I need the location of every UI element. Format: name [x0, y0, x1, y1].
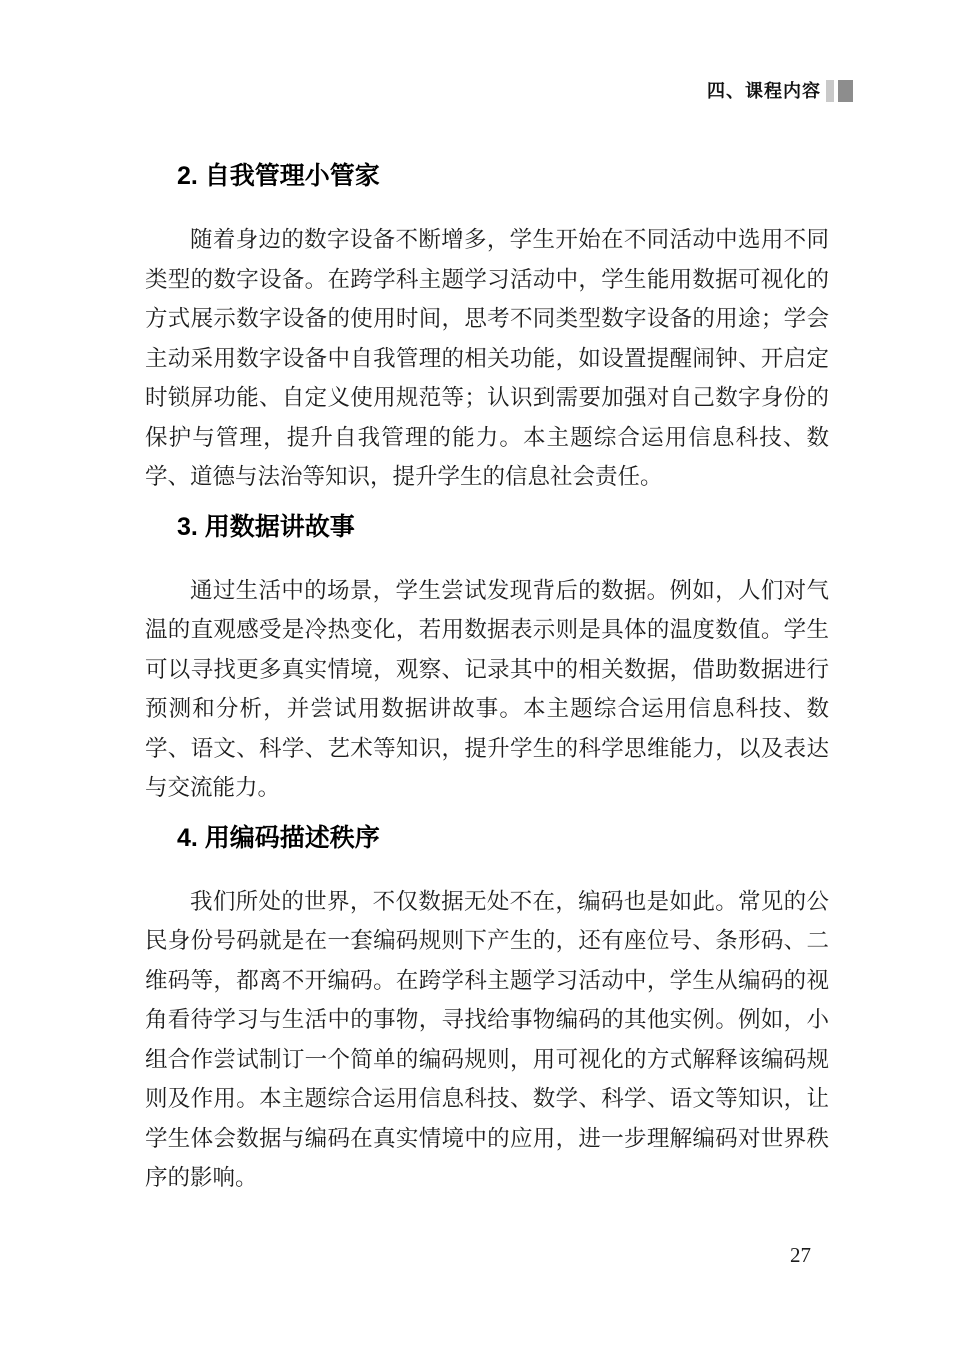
running-head: 四、课程内容 [707, 80, 853, 102]
section-paragraph: 通过生活中的场景，学生尝试发现背后的数据。例如，人们对气温的直观感受是冷热变化，… [145, 571, 829, 808]
page-content: 2. 自我管理小管家 随着身边的数字设备不断增多，学生开始在不同活动中选用不同类… [145, 158, 829, 1198]
ornament-bar-dark-icon [838, 80, 853, 102]
document-page: 四、课程内容 2. 自我管理小管家 随着身边的数字设备不断增多，学生开始在不同活… [0, 0, 966, 1365]
section-paragraph: 随着身边的数字设备不断增多，学生开始在不同活动中选用不同类型的数字设备。在跨学科… [145, 220, 829, 497]
section-heading: 3. 用数据讲故事 [177, 509, 829, 545]
section-data-storytelling: 3. 用数据讲故事 通过生活中的场景，学生尝试发现背后的数据。例如，人们对气温的… [145, 509, 829, 808]
section-heading: 2. 自我管理小管家 [177, 158, 829, 194]
running-head-title: 四、课程内容 [707, 80, 821, 102]
section-paragraph: 我们所处的世界，不仅数据无处不在，编码也是如此。常见的公民身份号码就是在一套编码… [145, 882, 829, 1198]
page-number: 27 [790, 1243, 811, 1268]
section-coding-order: 4. 用编码描述秩序 我们所处的世界，不仅数据无处不在，编码也是如此。常见的公民… [145, 820, 829, 1198]
ornament-bar-light-icon [826, 80, 834, 102]
section-heading: 4. 用编码描述秩序 [177, 820, 829, 856]
header-ornament [826, 80, 853, 102]
section-self-management: 2. 自我管理小管家 随着身边的数字设备不断增多，学生开始在不同活动中选用不同类… [145, 158, 829, 497]
